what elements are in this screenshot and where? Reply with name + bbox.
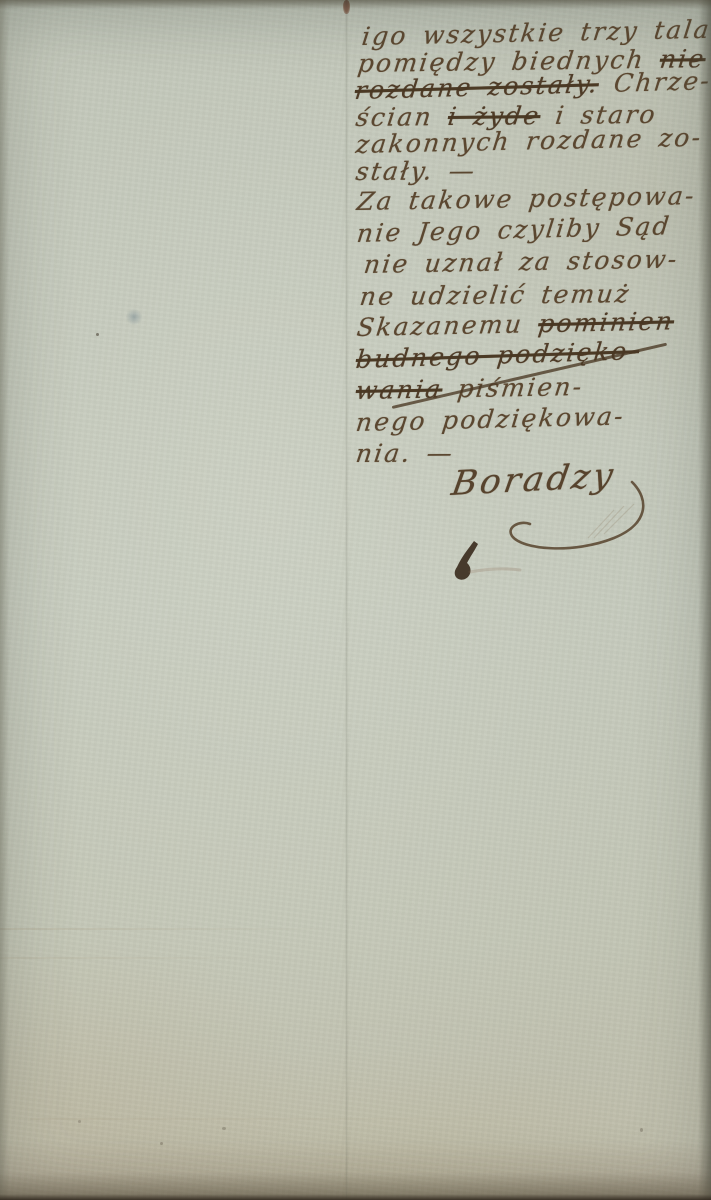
manuscript-line: nia. — bbox=[354, 440, 456, 466]
struck-text-segment: wania bbox=[354, 374, 444, 405]
horizontal-crease bbox=[0, 957, 300, 959]
paper-speck bbox=[222, 1127, 226, 1130]
paper-speck bbox=[160, 1142, 163, 1145]
manuscript-text-segment: zakonnych rozdane zo- bbox=[354, 123, 704, 159]
paper-speck bbox=[640, 1128, 643, 1132]
struck-text-segment: pominien bbox=[537, 306, 676, 338]
manuscript-line: wania piśmien- bbox=[354, 374, 585, 403]
manuscript-text-segment: Za takowe postępowa- bbox=[355, 181, 697, 216]
manuscript-line: nie Jego czyliby Sąd bbox=[356, 213, 673, 246]
fold-ink-mark bbox=[343, 0, 350, 14]
horizontal-crease bbox=[0, 928, 340, 930]
paper-speck bbox=[78, 1120, 81, 1123]
vertical-fold-crease bbox=[345, 0, 349, 1200]
signature-block: Boradzy bbox=[446, 462, 676, 572]
manuscript-line: ne udzielić temuż bbox=[358, 281, 632, 309]
manuscript-text-segment: piśmien- bbox=[441, 372, 586, 403]
manuscript-text-segment: nie uznał za stosow- bbox=[362, 245, 680, 279]
manuscript-scan-page: igo wszystkie trzy talarypomiędzy biedny… bbox=[0, 0, 711, 1200]
paper-speck bbox=[96, 333, 99, 336]
manuscript-text-segment: nia. — bbox=[354, 438, 456, 468]
signature: Boradzy bbox=[449, 456, 619, 504]
manuscript-text-segment: Skazanemu bbox=[355, 309, 540, 342]
struck-text-segment: budnego podzięko- bbox=[354, 336, 640, 374]
manuscript-text-segment: ne udzielić temuż bbox=[358, 279, 632, 311]
manuscript-line: nego podziękowa- bbox=[355, 403, 627, 435]
struck-text-segment: rozdane zostały. bbox=[353, 69, 600, 105]
horizontal-crease bbox=[30, 1118, 630, 1120]
manuscript-line: nie uznał za stosow- bbox=[362, 247, 680, 277]
manuscript-text-segment: Chrze- bbox=[597, 66, 711, 98]
manuscript-line: Skazanemu pominien bbox=[356, 308, 676, 340]
manuscript-line: budnego podzięko- bbox=[355, 338, 641, 372]
manuscript-text-segment: stały. — bbox=[354, 156, 478, 186]
manuscript-text-segment: nie Jego czyliby Sąd bbox=[355, 211, 672, 248]
manuscript-line: stały. — bbox=[354, 158, 478, 184]
blue-smudge-stain bbox=[126, 308, 142, 326]
manuscript-line: zakonnych rozdane zo- bbox=[355, 125, 704, 157]
manuscript-text-segment: nego podziękowa- bbox=[354, 401, 626, 437]
manuscript-line: Za takowe postępowa- bbox=[355, 183, 697, 214]
